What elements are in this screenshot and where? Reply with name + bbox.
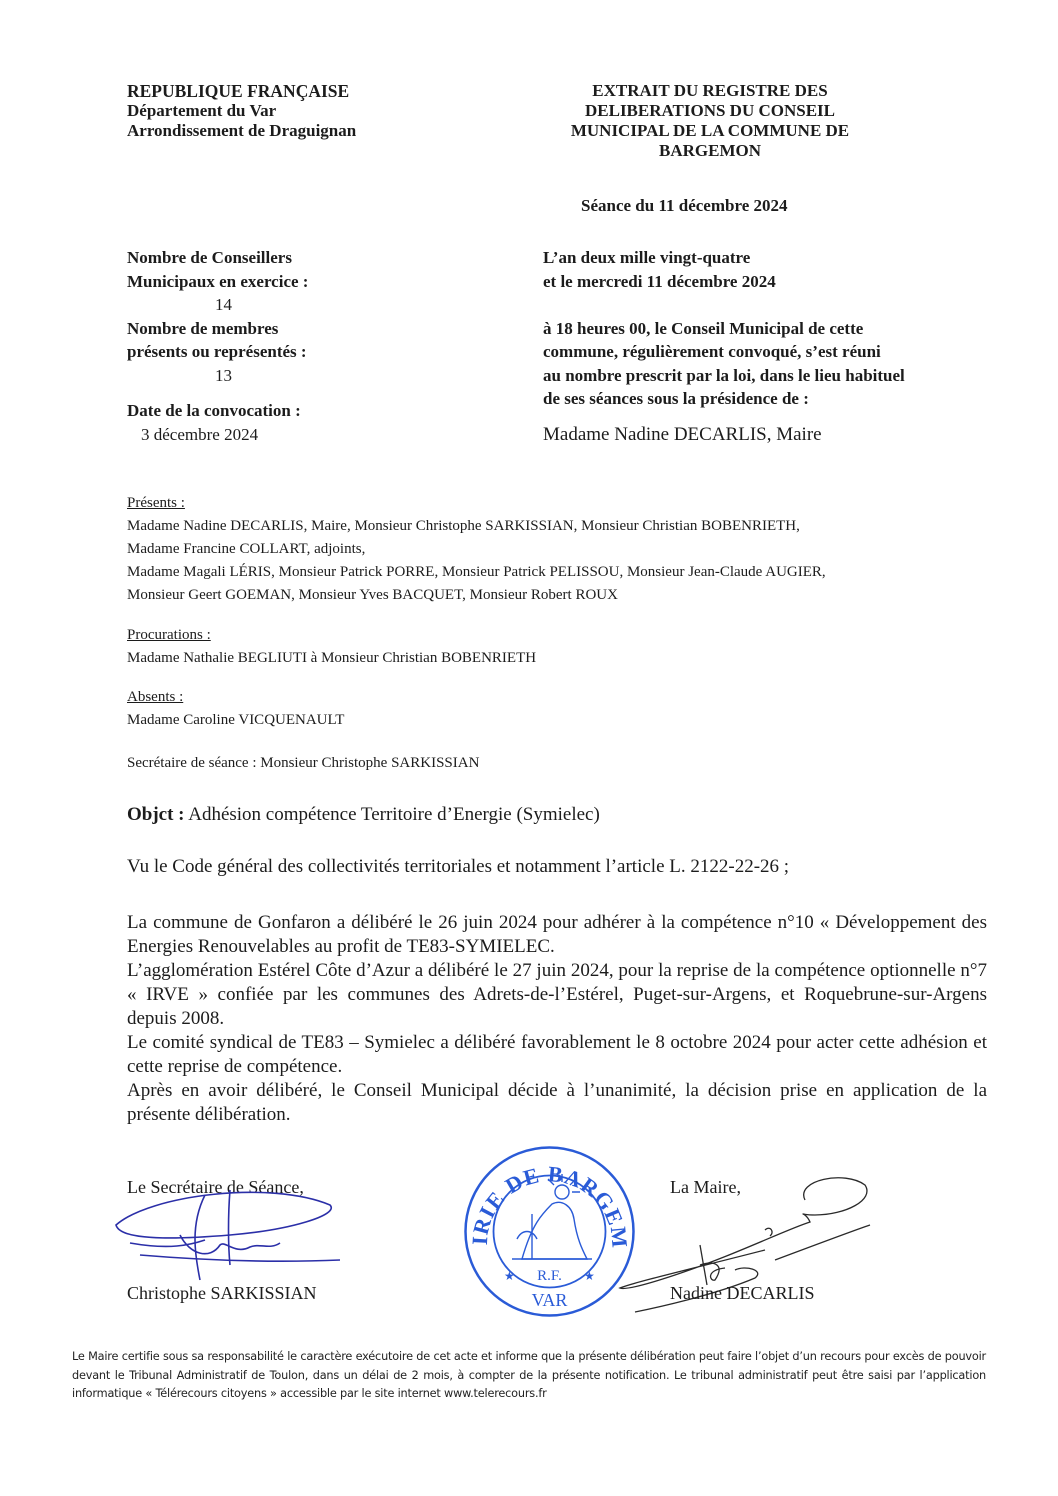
register-title-line: EXTRAIT DU REGISTRE DES [530,81,890,101]
svg-text:MAIRIE DE BARGEMON: MAIRIE DE BARGEMON [462,1144,633,1249]
membres-value: 13 [127,364,427,388]
meeting-year: L’an deux mille vingt-quatre [543,246,963,270]
paragraph-comite: Le comité syndical de TE83 – Symielec a … [127,1031,987,1079]
objet-line: Objct : Adhésion compétence Territoire d… [127,803,1007,827]
mairie-stamp-icon: MAIRIE DE BARGEMON R.F. VAR ★ ★ [462,1144,637,1319]
presents-line: Madame Nadine DECARLIS, Maire, Monsieur … [127,515,1007,538]
meeting-para-line: à 18 heures 00, le Conseil Municipal de … [543,317,963,341]
convocation-label: Date de la convocation : [127,399,427,423]
presents-line: Madame Francine COLLART, adjoints, [127,538,1007,561]
meeting-block: L’an deux mille vingt-quatre et le mercr… [543,246,963,446]
conseillers-label-2: Municipaux en exercice : [127,270,427,294]
deliberation-body: La commune de Gonfaron a délibéré le 26 … [127,911,987,1127]
mayor-name: Nadine DECARLIS [670,1282,814,1304]
svg-text:★: ★ [584,1269,595,1283]
header-right: EXTRAIT DU REGISTRE DES DELIBERATIONS DU… [530,81,890,161]
register-title-line: MUNICIPAL DE LA COMMUNE DE [530,121,890,141]
meeting-date: et le mercredi 11 décembre 2024 [543,270,963,294]
meeting-para-line: commune, régulièrement convoqué, s’est r… [543,340,963,364]
absents-block: Absents : Madame Caroline VICQUENAULT [127,686,1007,732]
conseillers-value: 14 [127,293,427,317]
svg-text:VAR: VAR [532,1290,568,1310]
legal-footer: Le Maire certifie sous sa responsabilité… [72,1348,986,1404]
department: Département du Var [127,101,356,121]
paragraph-gonfaron: La commune de Gonfaron a délibéré le 26 … [127,911,987,959]
secretary-signature-icon [110,1185,350,1285]
objet-label: Objct : [127,804,185,825]
meeting-para-line: de ses séances sous la présidence de : [543,387,963,411]
secretary-name: Christophe SARKISSIAN [127,1282,317,1304]
presents-line: Madame Magali LÉRIS, Monsieur Patrick PO… [127,561,1007,584]
procurations-value: Madame Nathalie BEGLIUTI à Monsieur Chri… [127,647,1007,670]
paragraph-esterel: L’agglomération Estérel Côte d’Azur a dé… [127,959,987,1031]
procurations-label: Procurations : [127,624,1007,647]
absents-label: Absents : [127,686,1007,709]
convocation-value: 3 décembre 2024 [127,423,427,447]
presents-label: Présents : [127,492,1007,515]
republic-title: REPUBLIQUE FRANÇAISE [127,81,356,101]
register-title-line: BARGEMON [530,141,890,161]
absents-value: Madame Caroline VICQUENAULT [127,709,1007,732]
membres-label-2: présents ou représentés : [127,340,427,364]
procurations-block: Procurations : Madame Nathalie BEGLIUTI … [127,624,1007,670]
paragraph-decision: Après en avoir délibéré, le Conseil Muni… [127,1079,987,1127]
conseillers-label: Nombre de Conseillers [127,246,427,270]
presents-line: Monsieur Geert GOEMAN, Monsieur Yves BAC… [127,584,1007,607]
arrondissement: Arrondissement de Draguignan [127,121,356,141]
membres-label: Nombre de membres [127,317,427,341]
svg-text:R.F.: R.F. [537,1268,562,1284]
svg-text:★: ★ [504,1269,515,1283]
meeting-para-line: au nombre prescrit par la loi, dans le l… [543,364,963,388]
counts-block: Nombre de Conseillers Municipaux en exer… [127,246,427,446]
secretaire-seance: Secrétaire de séance : Monsieur Christop… [127,752,1007,775]
objet-value: Adhésion compétence Territoire d’Energie… [185,804,600,825]
seance-date: Séance du 11 décembre 2024 [581,196,788,216]
attendance-block: Présents : Madame Nadine DECARLIS, Maire… [127,492,1007,607]
meeting-president: Madame Nadine DECARLIS, Maire [543,423,963,447]
header-left: REPUBLIQUE FRANÇAISE Département du Var … [127,81,356,141]
vu-line: Vu le Code général des collectivités ter… [127,855,1007,879]
register-title-line: DELIBERATIONS DU CONSEIL [530,101,890,121]
